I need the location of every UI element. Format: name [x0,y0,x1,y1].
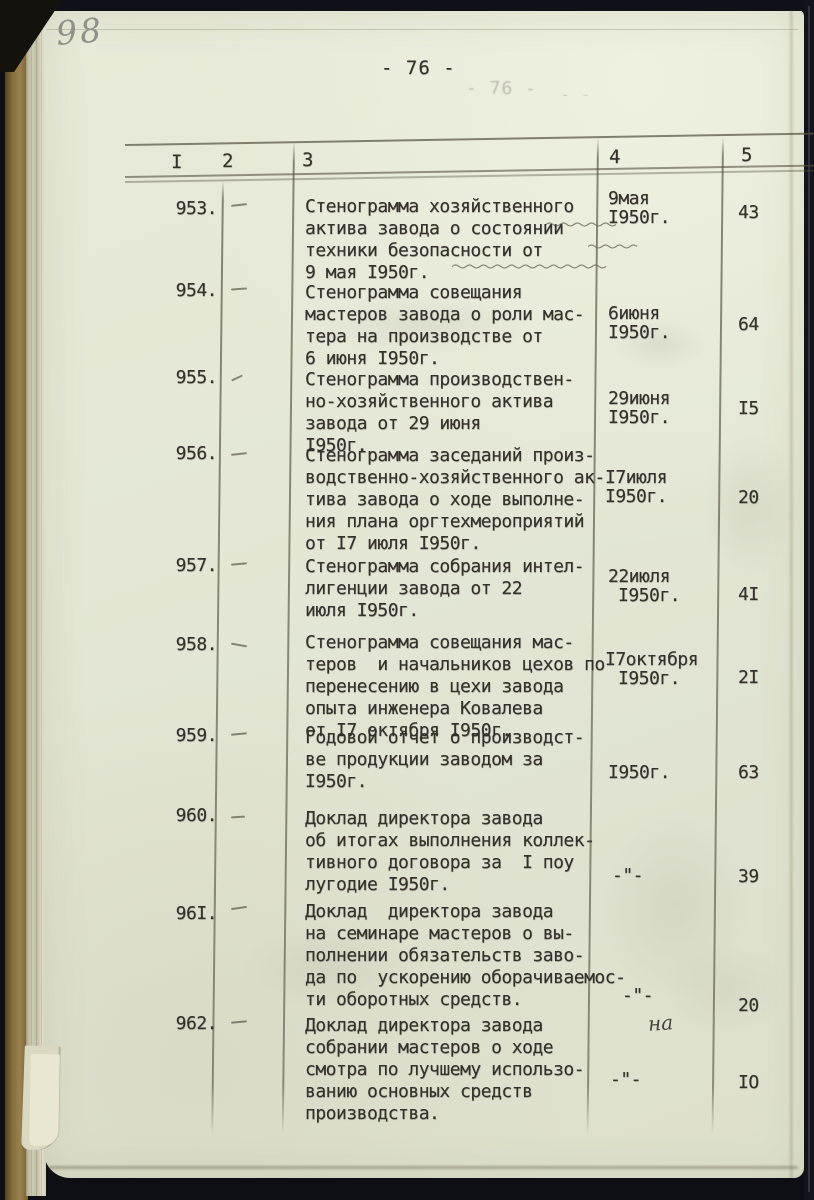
row-description: Стенограмма заседаний произ-водственно-х… [305,445,605,555]
row-description-line: собрании мастеров о ходе [305,1037,584,1059]
scanned-archive-page: { "page": { "handwritten_number": "98", … [0,0,814,1200]
ghost-marks: - - [560,85,591,105]
row-description-line: Доклад директора завода [305,901,625,923]
row-number: 953. [170,198,217,219]
row-description-line: об итогах выполнения коллек- [305,830,594,852]
page-number: - 76 - [381,57,456,79]
row-description-line: тера на производстве от [305,326,584,348]
row-date-line: I950г. [608,208,670,227]
row-page-count: 43 [738,202,759,223]
row-description: Годовой отчет о производст-ве продукции … [305,727,584,793]
row-number: 958. [170,634,217,655]
row-description-line: лигенции завода от 22 [305,578,584,600]
row-date-line: I950г. [605,487,667,506]
row-date-line: 22июля [608,567,680,586]
row-description-line: производства. [305,1103,584,1125]
row-description-line: опыта инженера Ковалева [305,698,605,720]
row-page-count: 20 [738,487,759,508]
row-description-line: смотра по лучшему использо- [305,1059,584,1081]
row-date-line: 6июня [608,304,670,323]
row-description-line: июля I950г. [305,600,584,622]
row-description-line: водственно-хозяйственного ак- [305,467,605,489]
row-description: Доклад директора заводасобрании мастеров… [305,1015,584,1125]
row-page-count: 39 [738,866,759,887]
column-header-3: 3 [302,149,313,171]
row-date-line: I7октября [605,650,698,669]
column-header-4: 4 [609,146,620,168]
row-description-line: перенесению в цехи завода [305,676,605,698]
row-description-line: Стенограмма совещания [305,282,584,304]
column-header-5: 5 [741,144,752,166]
row-description-line: ния плана оргтехмероприятий [305,511,605,533]
row-page-count: 64 [738,314,759,335]
row-date-line: I7июля [605,468,667,487]
row-description: Стенограмма совещаниямастеров завода о р… [305,282,584,370]
page-bottom-shadow [48,1166,798,1169]
row-date-line: I950г. [608,763,670,782]
row-description-line: лугодие I950г. [305,874,594,896]
row-date-line: -"- [622,986,653,1005]
row-date-line: I950г. [608,323,670,342]
row-date: I7октябряI950г. [605,650,698,688]
row-description-line: Доклад директора завода [305,1015,584,1037]
row-description-line: ти оборотных средств. [305,989,625,1011]
handwritten-folio-number: 98 [54,10,105,53]
row-page-count: 2I [738,667,759,688]
row-description-line: Стенограмма производствен- [305,369,574,391]
row-number: 96I. [170,903,217,924]
row-description-line: ванию основных средств [305,1081,584,1103]
row-date: 22июляI950г. [608,567,680,605]
row-description-line: Стенограмма собрания интел- [305,556,584,578]
column-header-1: I [171,151,182,173]
column-header-2: 2 [222,150,233,172]
row-page-count: IO [738,1072,759,1093]
row-description-line: Доклад директора завода [305,808,594,830]
row-description-line: Годовой отчет о производст- [305,727,584,749]
row-number: 959. [170,725,217,746]
row-number: 954. [170,280,217,301]
row-description-line: тива завода о ходе выполне- [305,489,605,511]
row-description-line: полнении обязательств заво- [305,945,625,967]
scan-top-border [0,0,814,11]
row-date: I950г. [608,763,670,782]
row-description-line: актива завода о состоянии [305,218,574,240]
row-date: I7июляI950г. [605,468,667,506]
handwritten-squiggle [588,242,644,250]
row-number: 955. [170,367,217,388]
row-description-line: 6 июня I950г. [305,348,584,370]
row-date: -"- [622,986,653,1005]
row-description-line: 9 мая I950г. [305,262,574,284]
row-date: 6июняI950г. [608,304,670,342]
row-page-count: 20 [738,995,759,1016]
row-description: Стенограмма производствен-но-хозяйственн… [305,369,574,457]
page-top-crease [46,29,798,30]
row-description-line: I950г. [305,771,584,793]
book-spine-edge [5,0,28,1200]
row-date: -"- [612,866,643,885]
row-description-line: Стенограмма заседаний произ- [305,445,605,467]
row-description-line: на семинаре мастеров о вы- [305,923,625,945]
ghost-page-number: - 76 - [466,78,537,100]
row-date-line: 9мая [608,189,670,208]
row-number: 960. [170,805,217,826]
row-description-line: Стенограмма хозяйственного [305,196,574,218]
row-date-line: 29июня [608,389,670,408]
row-number: 957. [170,555,217,576]
row-date: -"- [610,1070,641,1089]
row-description-line: завода от 29 июня [305,413,574,435]
bottom-left-page-corner [29,1054,61,1147]
row-page-count: 63 [738,762,759,783]
row-description-line: тивного договора за I поу [305,852,594,874]
handwritten-insertion: на [647,1010,674,1036]
row-description-line: да по ускорению оборачиваемос- [305,967,625,989]
row-page-count: 4I [738,584,759,605]
row-description-line: но-хозяйственного актива [305,391,574,413]
page-edge-highlight [808,6,810,1192]
row-description-line: ве продукции заводом за [305,749,584,771]
row-description: Доклад директора заводана семинаре масте… [305,901,625,1011]
row-description: Стенограмма совещания мас-теров и началь… [305,632,605,742]
row-description-line: Стенограмма совещания мас- [305,632,605,654]
row-description-line: теров и начальников цехов по [305,654,605,676]
row-date-line: -"- [610,1070,641,1089]
row-number: 956. [170,443,217,464]
row-page-count: I5 [738,398,759,419]
row-number: 962. [170,1013,217,1034]
row-date-line: I950г. [608,586,680,605]
row-date: 9маяI950г. [608,189,670,227]
row-date-line: I950г. [605,669,698,688]
row-description: Доклад директора заводаоб итогах выполне… [305,808,594,896]
row-description: Стенограмма хозяйственногоактива завода … [305,196,574,284]
row-description-line: техники безопасности от [305,240,574,262]
page-right-crease [788,10,794,1178]
row-description: Стенограмма собрания интел-лигенции заво… [305,556,584,622]
row-description-line: мастеров завода о роли мас- [305,304,584,326]
row-date: 29июняI950г. [608,389,670,427]
stacked-page-edges [26,4,46,1196]
row-description-line: от I7 июля I950г. [305,533,605,555]
row-date-line: -"- [612,866,643,885]
row-date-line: I950г. [608,408,670,427]
